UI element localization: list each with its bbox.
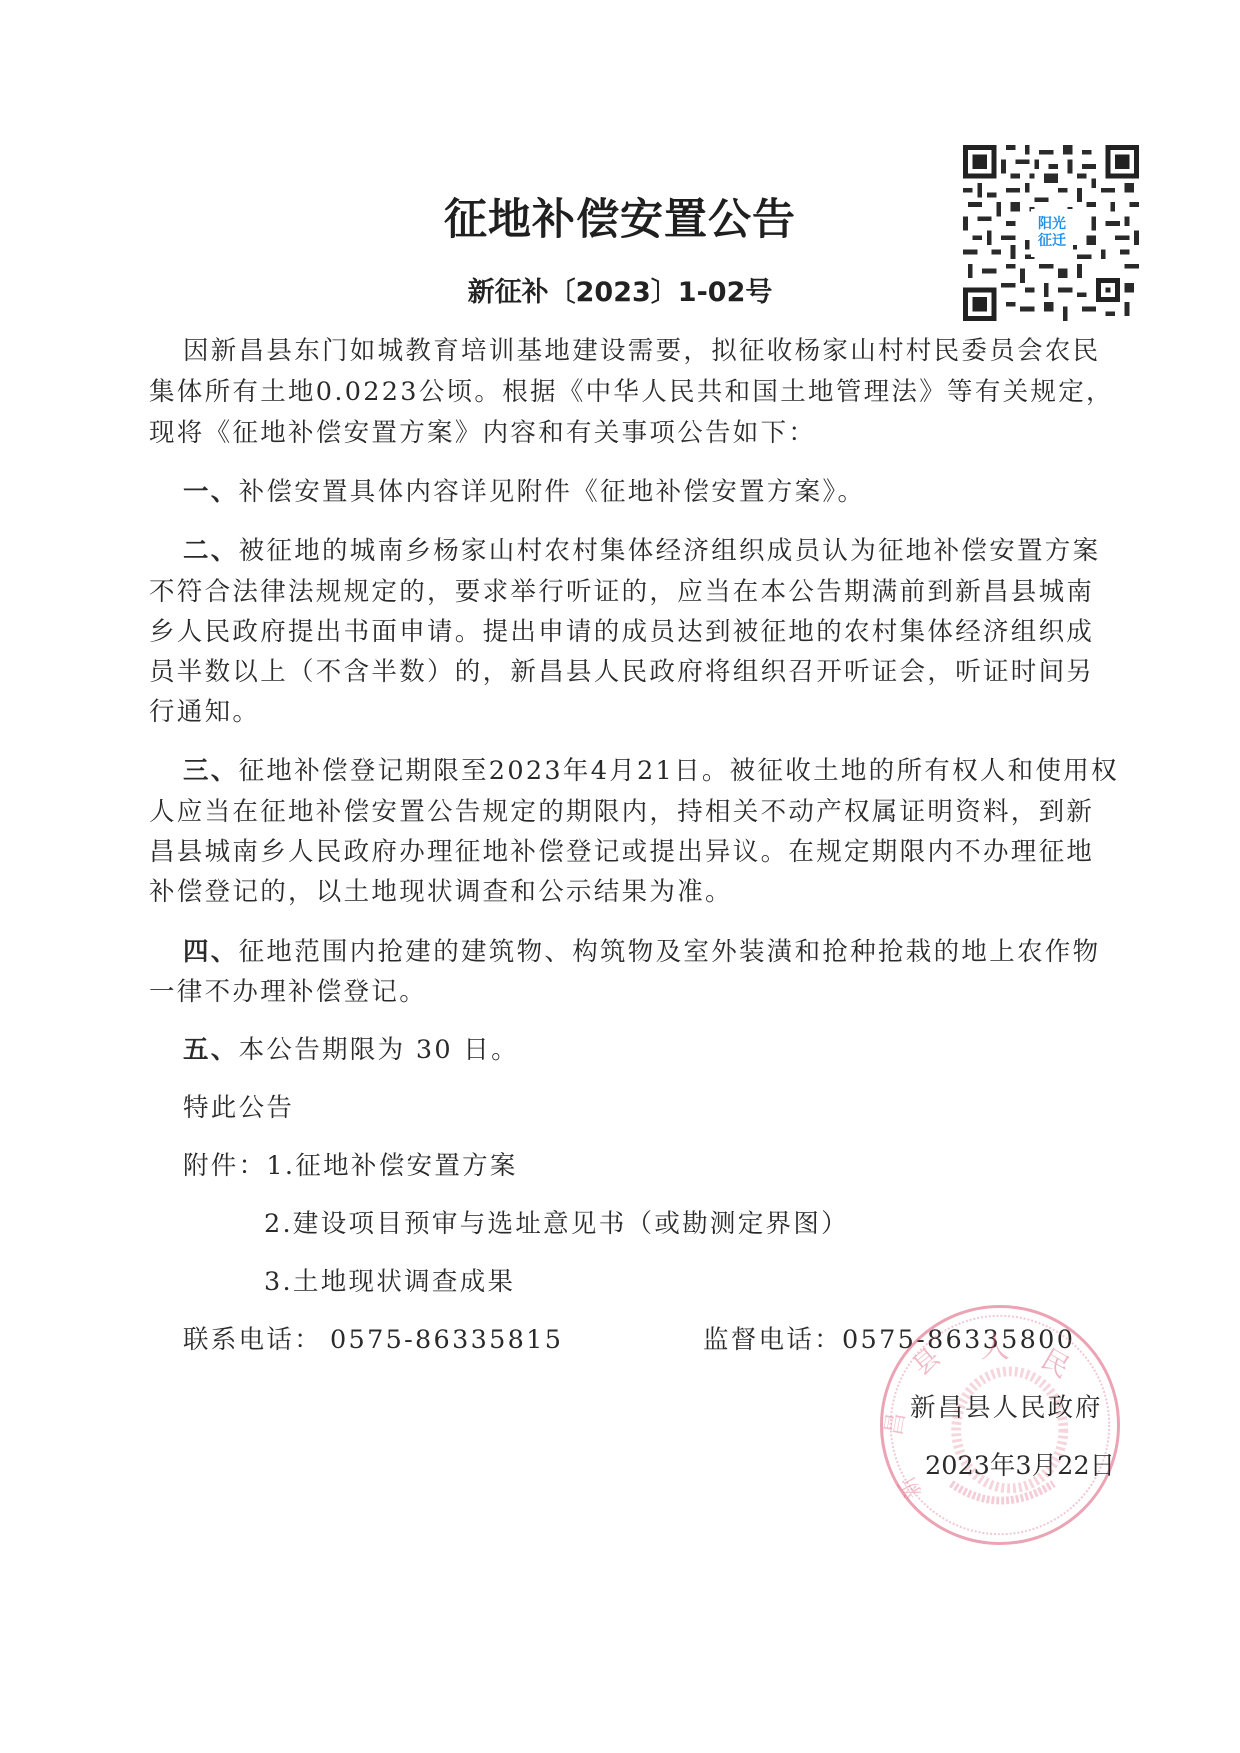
contact-number: 0575-86335815 [330, 1325, 563, 1355]
item-4-line-2: 一律不办理补偿登记。 [149, 972, 427, 1008]
item-4-lead: 四、 [183, 937, 239, 967]
item-3-line-3: 昌县城南乡人民政府办理征地补偿登记或提出异议。在规定期限内不办理征地 [149, 832, 1094, 868]
qr-code-icon: 阳光 征迁 [962, 145, 1140, 321]
intro-line-1: 因新昌县东门如城教育培训基地建设需要，拟征收杨家山村村民委员会农民 [183, 331, 1100, 367]
qr-logo-badge: 阳光 征迁 [1031, 209, 1073, 257]
item-5: 五、本公告期限为 30 日。 [183, 1030, 519, 1066]
item-1-line-1: 补偿安置具体内容详见附件《征地补偿安置方案》。 [239, 477, 866, 507]
qr-logo-line2: 征迁 [1038, 233, 1066, 250]
attachment-1: 附件：1.征地补偿安置方案 [183, 1146, 518, 1182]
svg-text:民: 民 [1036, 1344, 1075, 1384]
item-2: 二、被征地的城南乡杨家山村农村集体经济组织成员认为征地补偿安置方案 [183, 531, 1100, 567]
item-1: 一、补偿安置具体内容详见附件《征地补偿安置方案》。 [183, 472, 865, 508]
item-3-line-4: 补偿登记的，以土地现状调查和公示结果为准。 [149, 872, 733, 908]
svg-text:昌: 昌 [883, 1410, 911, 1438]
item-2-line-3: 乡人民政府提出书面申请。提出申请的成员达到被征地的农村集体经济组织成 [149, 612, 1094, 648]
seal-emblem-icon: 县 人 民 昌 新 [883, 1308, 1117, 1542]
signature-date: 2023年3月22日 [925, 1446, 1115, 1482]
item-1-lead: 一、 [183, 477, 239, 507]
item-3: 三、征地补偿登记期限至2023年4月21日。被征收土地的所有权人和使用权 [183, 751, 1119, 787]
item-2-line-1: 被征地的城南乡杨家山村农村集体经济组织成员认为征地补偿安置方案 [239, 536, 1101, 566]
item-2-line-4: 员半数以上（不含半数）的，新昌县人民政府将组织召开听证会，听证时间另 [149, 652, 1094, 688]
attachments-label: 附件： [183, 1151, 266, 1181]
contact-phone: 联系电话：0575-86335815 [183, 1320, 563, 1356]
item-4-line-1: 征地范围内抢建的建筑物、构筑物及室外装潢和抢种抢栽的地上农作物 [239, 937, 1101, 967]
svg-text:人: 人 [981, 1330, 1010, 1364]
item-2-line-2: 不符合法律法规规定的，要求举行听证的，应当在本公告期满前到新昌县城南 [149, 572, 1094, 608]
official-seal: 县 人 民 昌 新 [880, 1305, 1120, 1545]
item-5-lead: 五、 [183, 1035, 239, 1065]
item-3-line-2: 人应当在征地补偿安置公告规定的期限内，持相关不动产权属证明资料，到新 [149, 792, 1094, 828]
document-page: 征地补偿安置公告 新征补〔2023〕1-02号 [0, 0, 1240, 1753]
qr-logo-line1: 阳光 [1038, 216, 1066, 233]
item-3-line-1: 征地补偿登记期限至2023年4月21日。被征收土地的所有权人和使用权 [239, 756, 1119, 786]
signature-organization: 新昌县人民政府 [910, 1388, 1103, 1424]
svg-text:县: 县 [907, 1342, 946, 1381]
attachment-1-text: 1.征地补偿安置方案 [266, 1151, 517, 1181]
intro-line-2: 集体所有土地0.0223公顷。根据《中华人民共和国土地管理法》等有关规定， [149, 372, 1114, 408]
intro-line-3: 现将《征地补偿安置方案》内容和有关事项公告如下： [149, 413, 816, 449]
attachment-3: 3.土地现状调查成果 [264, 1262, 515, 1298]
item-2-line-5: 行通知。 [149, 692, 260, 728]
item-2-lead: 二、 [183, 536, 239, 566]
closing-text: 特此公告 [183, 1088, 294, 1124]
contact-label: 联系电话： [183, 1325, 322, 1355]
item-3-lead: 三、 [183, 756, 239, 786]
item-5-line-1: 本公告期限为 30 日。 [239, 1035, 519, 1065]
attachment-2: 2.建设项目预审与选址意见书（或勘测定界图） [264, 1204, 849, 1240]
item-4: 四、征地范围内抢建的建筑物、构筑物及室外装潢和抢种抢栽的地上农作物 [183, 932, 1100, 968]
svg-text:新: 新 [895, 1472, 927, 1503]
supervision-label: 监督电话： [703, 1325, 842, 1355]
